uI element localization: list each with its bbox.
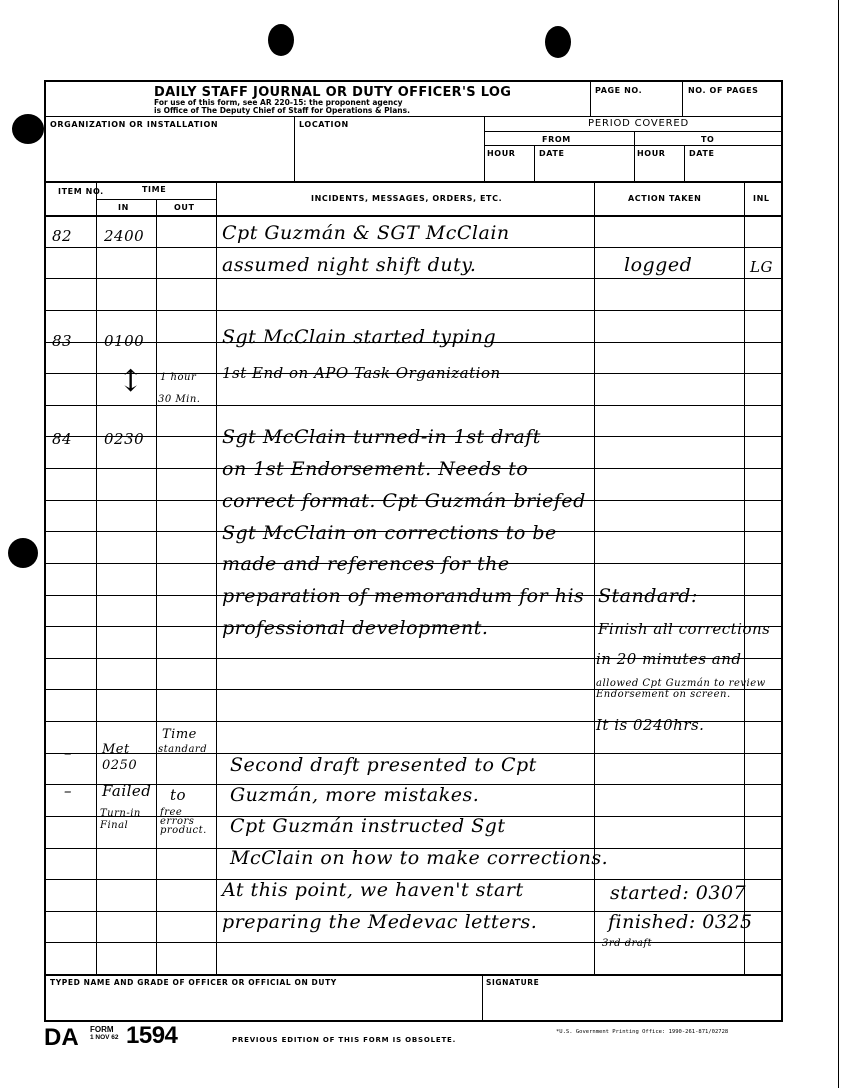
time-out-cell: standard — [158, 744, 207, 755]
incident-cell: McClain on how to make corrections. — [230, 847, 608, 869]
divider — [684, 145, 685, 182]
row-divider — [46, 278, 781, 279]
divider — [634, 131, 635, 182]
action-cell: started: 0307 — [610, 882, 746, 904]
column-divider — [744, 181, 745, 974]
form-subtitle-2: is Office of The Deputy Chief of Staff f… — [154, 107, 410, 114]
punch-hole-top-left — [268, 24, 294, 56]
signature-label: SIGNATURE — [486, 978, 539, 987]
punch-hole-side-middle — [8, 538, 38, 568]
row-divider — [46, 942, 781, 943]
row-divider — [46, 247, 781, 248]
from-label: FROM — [542, 135, 571, 144]
from-hour-label: HOUR — [487, 149, 516, 158]
time-in-header: IN — [118, 203, 129, 212]
printing-office-note: *U.S. Government Printing Office: 1990-2… — [556, 1029, 728, 1035]
page-edge-line — [838, 0, 839, 1088]
previous-edition-note: PREVIOUS EDITION OF THIS FORM IS OBSOLET… — [232, 1036, 456, 1044]
time-out-cell: free errors product. — [160, 808, 216, 835]
incident-cell: 1st End on APO Task Organization — [222, 364, 501, 382]
column-divider — [96, 181, 97, 974]
to-hour-label: HOUR — [637, 149, 666, 158]
time-out-cell: to — [170, 786, 186, 804]
incident-cell: At this point, we haven't start — [222, 879, 524, 901]
incident-cell: Guzmán, more mistakes. — [230, 784, 479, 806]
incident-cell: assumed night shift duty. — [222, 254, 476, 276]
incident-cell: Second draft presented to Cpt — [230, 754, 537, 776]
incident-cell: preparation of memorandum for his — [222, 585, 584, 607]
row-divider — [46, 310, 781, 311]
incident-cell: on 1st Endorsement. Needs to — [222, 458, 528, 480]
location-field[interactable] — [296, 130, 482, 180]
time-out-cell: 30 Min. — [158, 394, 200, 405]
incident-cell: correct format. Cpt Guzmán briefed — [222, 490, 586, 512]
form-date: 1 NOV 62 — [90, 1034, 119, 1042]
organization-field[interactable] — [48, 130, 292, 180]
action-cell: finished: 0325 — [608, 911, 753, 933]
action-cell: 3rd draft — [602, 938, 652, 949]
divider — [484, 131, 781, 132]
divider — [484, 116, 485, 182]
signature-field[interactable] — [484, 990, 780, 1020]
time-in-cell: 0230 — [104, 430, 144, 448]
item-number-cell: 84 — [52, 430, 72, 448]
punch-hole-side-top — [12, 114, 44, 144]
typed-name-field[interactable] — [48, 990, 478, 1020]
time-out-cell: Time — [162, 727, 197, 742]
incident-cell: Cpt Guzmán & SGT McClain — [222, 222, 510, 244]
time-out-header: OUT — [174, 203, 195, 212]
divider — [534, 145, 535, 182]
to-date-label: DATE — [689, 149, 715, 158]
from-date-label: DATE — [539, 149, 565, 158]
duty-log-form: DAILY STAFF JOURNAL OR DUTY OFFICER'S LO… — [44, 80, 783, 1022]
incident-cell: Cpt Guzmán instructed Sgt — [230, 815, 505, 837]
divider — [482, 974, 483, 1022]
time-header: TIME — [142, 185, 166, 194]
time-in-cell: Met 0250 — [102, 742, 152, 774]
time-arrow-icon: ↕ — [118, 364, 144, 399]
no-of-pages-label: NO. OF PAGES — [688, 86, 759, 95]
from-hour-field[interactable] — [486, 158, 532, 180]
row-divider — [46, 405, 781, 406]
to-label: TO — [701, 135, 714, 144]
divider — [46, 215, 781, 217]
action-cell: in 20 minutes and — [596, 650, 742, 668]
to-hour-field[interactable] — [636, 158, 682, 180]
time-in-cell: 2400 — [104, 227, 144, 245]
incident-cell: preparing the Medevac letters. — [222, 911, 537, 933]
divider — [46, 116, 781, 117]
incidents-header: INCIDENTS, MESSAGES, ORDERS, ETC. — [311, 194, 502, 203]
incident-cell: made and references for the — [222, 553, 510, 575]
column-divider — [156, 199, 157, 974]
no-of-pages-field[interactable] — [684, 96, 780, 116]
column-divider — [216, 181, 217, 974]
incident-cell: Sgt McClain turned-in 1st draft — [222, 426, 541, 448]
from-date-field[interactable] — [536, 158, 632, 180]
action-cell: logged — [624, 254, 692, 276]
form-agency: DA — [44, 1024, 79, 1052]
divider — [294, 116, 295, 182]
divider — [682, 82, 683, 117]
item-number-cell: 82 — [52, 227, 72, 245]
item-number-cell: 83 — [52, 332, 72, 350]
action-cell: Finish all corrections — [598, 620, 770, 638]
punch-hole-top-right — [545, 26, 571, 58]
divider — [46, 181, 781, 183]
time-out-cell: 1 hour — [160, 372, 196, 383]
divider — [484, 145, 781, 146]
time-in-cell: Turn-in Final — [100, 808, 156, 832]
action-cell: Standard: — [598, 585, 698, 607]
item-number-cell: – — [64, 782, 72, 800]
form-number: 1594 — [126, 1022, 177, 1050]
organization-label: ORGANIZATION OR INSTALLATION — [50, 120, 218, 129]
location-label: LOCATION — [299, 120, 349, 129]
form-subtitle-1: For use of this form, see AR 220-15: the… — [154, 99, 403, 106]
time-in-cell: Failed — [102, 782, 151, 800]
typed-name-label: TYPED NAME AND GRADE OF OFFICER OR OFFIC… — [50, 978, 337, 987]
action-cell: It is 0240hrs. — [596, 716, 704, 734]
action-taken-header: ACTION TAKEN — [628, 194, 701, 203]
initials-cell: LG — [750, 258, 773, 276]
initials-header: INL — [753, 194, 770, 203]
divider — [590, 82, 591, 117]
incident-cell: professional development. — [222, 617, 488, 639]
divider — [46, 974, 781, 976]
to-date-field[interactable] — [686, 158, 780, 180]
period-covered-label: PERIOD COVERED — [588, 118, 689, 129]
page-no-field[interactable] — [592, 96, 680, 116]
time-in-cell: 0100 — [104, 332, 144, 350]
incident-cell: Sgt McClain started typing — [222, 326, 496, 348]
item-number-cell: – — [64, 744, 72, 762]
action-cell: allowed Cpt Guzmán to review Endorsement… — [596, 678, 786, 700]
form-word: FORM — [90, 1026, 119, 1034]
form-label: FORM 1 NOV 62 — [90, 1026, 119, 1042]
page-no-label: PAGE NO. — [595, 86, 642, 95]
incident-cell: Sgt McClain on corrections to be — [222, 522, 557, 544]
